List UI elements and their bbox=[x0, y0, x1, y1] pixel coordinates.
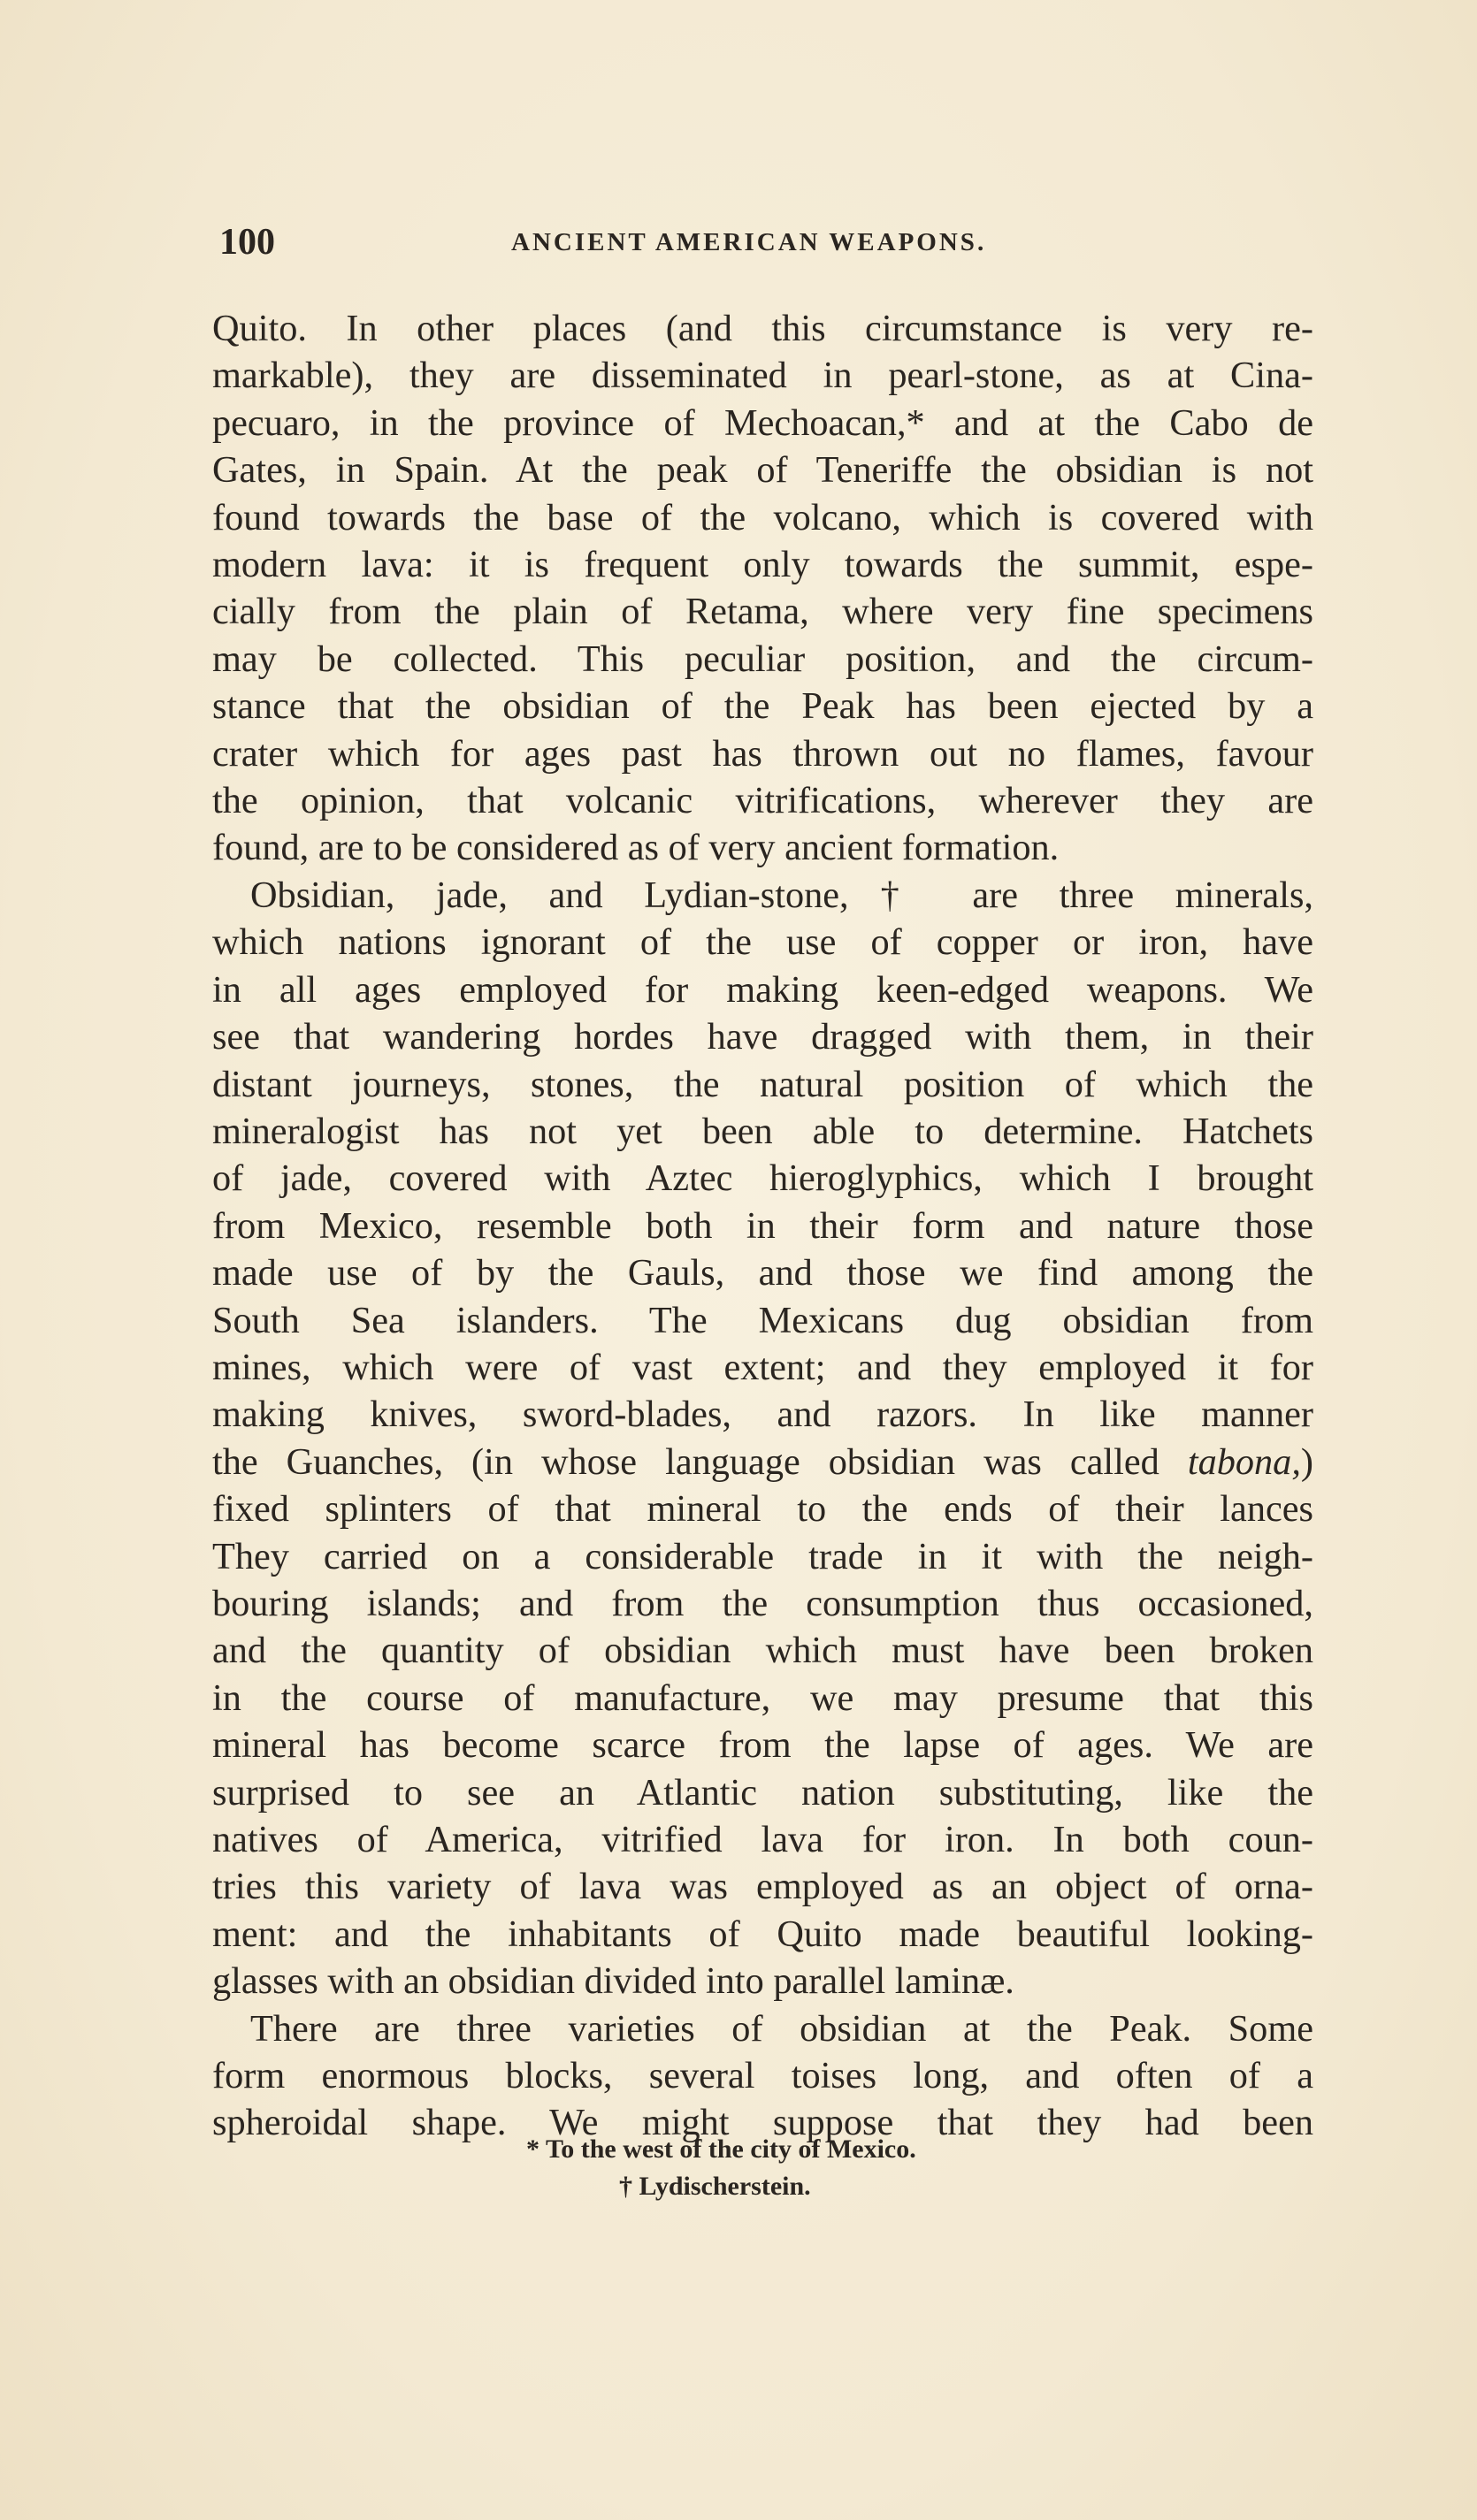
text-line: ment: and the inhabitants of Quito made … bbox=[212, 1911, 1313, 1958]
text-line: tries this variety of lava was employed … bbox=[212, 1863, 1313, 1910]
text-line: found, are to be considered as of very a… bbox=[212, 824, 1313, 871]
text-line: the Guanches, (in whose language obsidia… bbox=[212, 1439, 1313, 1485]
page-header: 100 ANCIENT AMERICAN WEAPONS. bbox=[219, 221, 1307, 265]
text-line: There are three varieties of obsidian at… bbox=[212, 2005, 1313, 2052]
text-line: Quito. In other places (and this circums… bbox=[212, 305, 1313, 352]
text-line: stance that the obsidian of the Peak has… bbox=[212, 683, 1313, 729]
body-text: Quito. In other places (and this circums… bbox=[212, 305, 1313, 2147]
text-line: mines, which were of vast extent; and th… bbox=[212, 1344, 1313, 1391]
text-line: bouring islands; and from the consumptio… bbox=[212, 1580, 1313, 1627]
text-line: of jade, covered with Aztec hieroglyphic… bbox=[212, 1155, 1313, 1202]
text-line: mineral has become scarce from the lapse… bbox=[212, 1722, 1313, 1768]
footnote-1: * To the west of the city of Mexico. bbox=[212, 2131, 1313, 2168]
text-line: glasses with an obsidian divided into pa… bbox=[212, 1958, 1313, 2005]
text-line: the opinion, that volcanic vitrification… bbox=[212, 777, 1313, 824]
text-line: Gates, in Spain. At the peak of Teneriff… bbox=[212, 447, 1313, 493]
text-line: mineralogist has not yet been able to de… bbox=[212, 1108, 1313, 1155]
running-head: ANCIENT AMERICAN WEAPONS. bbox=[511, 228, 986, 257]
text-line: fixed splinters of that mineral to the e… bbox=[212, 1485, 1313, 1532]
text-line: made use of by the Gauls, and those we f… bbox=[212, 1249, 1313, 1296]
text-line: which nations ignorant of the use of cop… bbox=[212, 919, 1313, 966]
book-page: 100 ANCIENT AMERICAN WEAPONS. Quito. In … bbox=[0, 0, 1477, 2520]
text-line: modern lava: it is frequent only towards… bbox=[212, 541, 1313, 588]
text-line: see that wandering hordes have dragged w… bbox=[212, 1013, 1313, 1060]
text-line: form enormous blocks, several toises lon… bbox=[212, 2052, 1313, 2099]
text-line: markable), they are disseminated in pear… bbox=[212, 352, 1313, 399]
text-line: may be collected. This peculiar position… bbox=[212, 636, 1313, 683]
text-line: They carried on a considerable trade in … bbox=[212, 1533, 1313, 1580]
text-line: in all ages employed for making keen-edg… bbox=[212, 966, 1313, 1013]
text-line: Obsidian, jade, and Lydian-stone,† are t… bbox=[212, 872, 1313, 919]
text-line: and the quantity of obsidian which must … bbox=[212, 1627, 1313, 1674]
text-line: cially from the plain of Retama, where v… bbox=[212, 588, 1313, 635]
text-line: crater which for ages past has thrown ou… bbox=[212, 730, 1313, 777]
text-line: natives of America, vitrified lava for i… bbox=[212, 1816, 1313, 1863]
text-line: from Mexico, resemble both in their form… bbox=[212, 1203, 1313, 1249]
text-line: pecuaro, in the province of Mechoacan,* … bbox=[212, 400, 1313, 447]
text-line: in the course of manufacture, we may pre… bbox=[212, 1675, 1313, 1722]
footnotes: * To the west of the city of Mexico. † L… bbox=[212, 2131, 1313, 2205]
text-line: South Sea islanders. The Mexicans dug ob… bbox=[212, 1297, 1313, 1344]
text-line: surprised to see an Atlantic nation subs… bbox=[212, 1769, 1313, 1816]
text-line: making knives, sword-blades, and razors.… bbox=[212, 1391, 1313, 1438]
page-number: 100 bbox=[219, 221, 275, 263]
footnote-2: † Lydischerstein. bbox=[212, 2168, 1313, 2205]
text-line: found towards the base of the volcano, w… bbox=[212, 494, 1313, 541]
italic-term: tabona, bbox=[1188, 1441, 1301, 1483]
text-line: distant journeys, stones, the natural po… bbox=[212, 1061, 1313, 1108]
